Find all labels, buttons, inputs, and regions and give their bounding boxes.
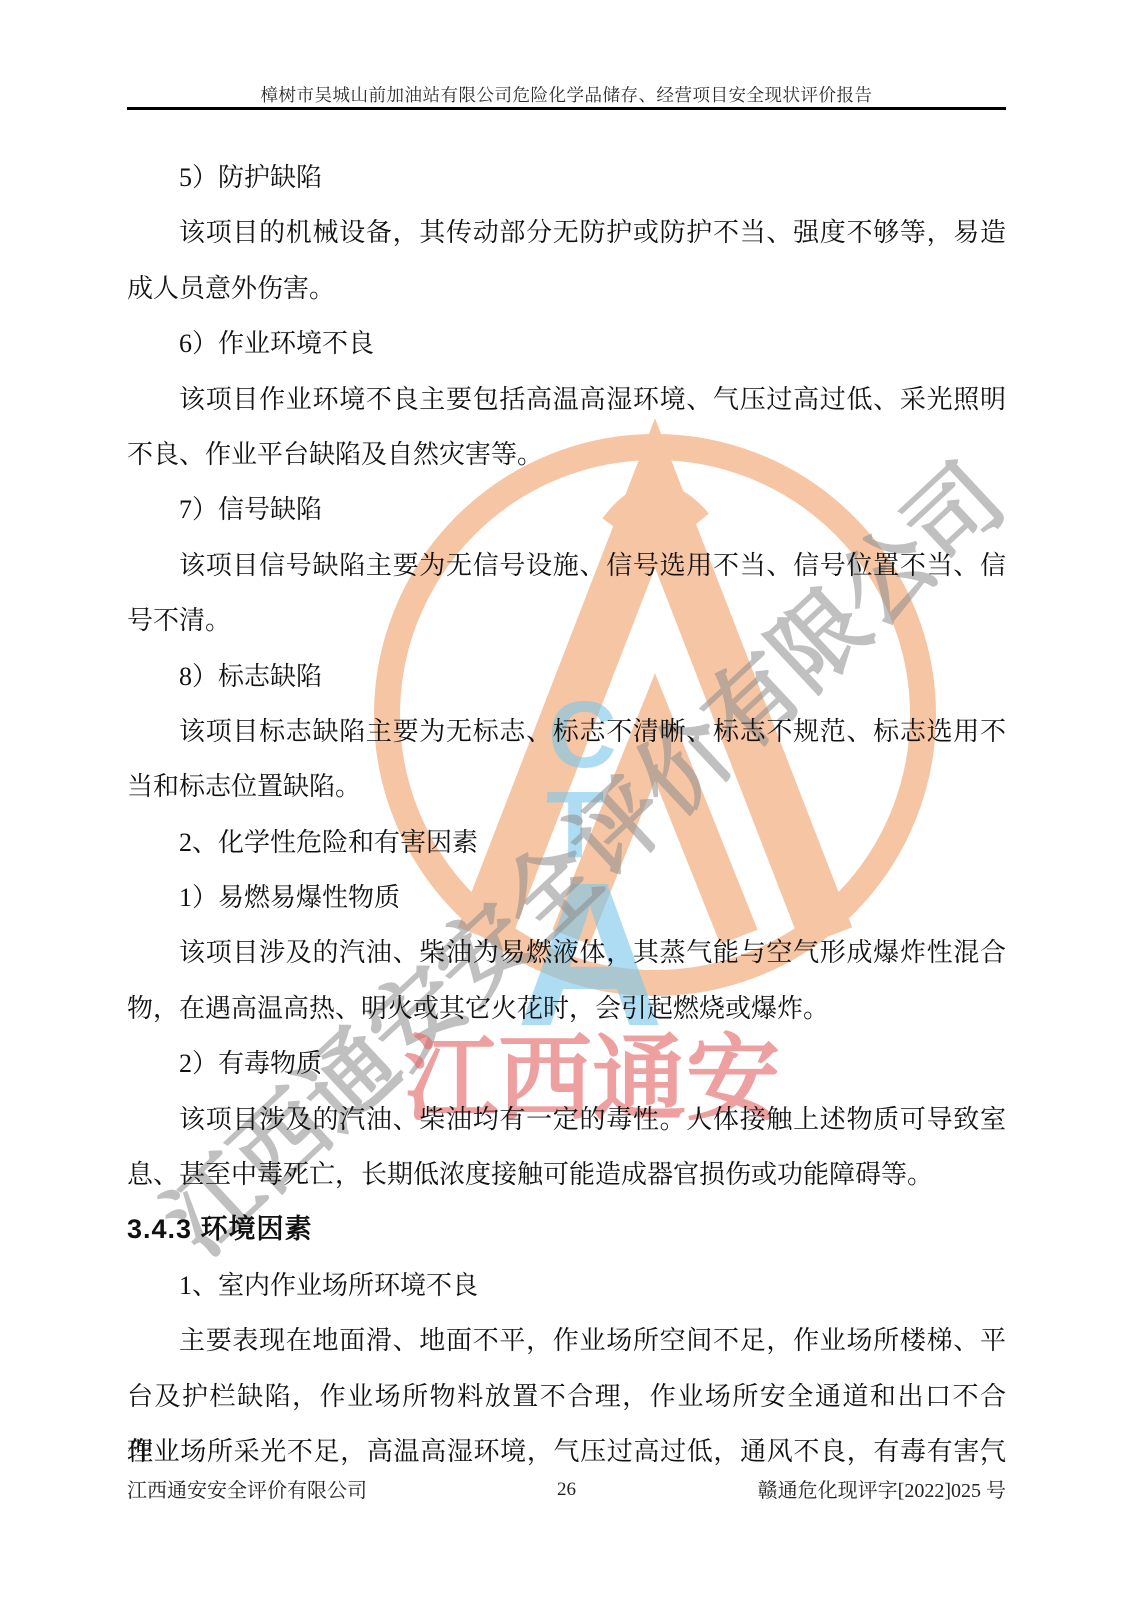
text-line: 该项目涉及的汽油、柴油为易燃液体，其蒸气能与空气形成爆炸性混合 bbox=[127, 925, 1006, 980]
text-line: 该项目信号缺陷主要为无信号设施、信号选用不当、信号位置不当、信 bbox=[127, 538, 1006, 593]
text-line: 7）信号缺陷 bbox=[127, 482, 1006, 537]
text-line: 该项目涉及的汽油、柴油均有一定的毒性。人体接触上述物质可导致室 bbox=[127, 1092, 1006, 1147]
text-line: 8）标志缺陷 bbox=[127, 649, 1006, 704]
text-line: 6）作业环境不良 bbox=[127, 316, 1006, 371]
text-line: 不良、作业平台缺陷及自然灾害等。 bbox=[127, 427, 1006, 482]
text-line: 物，在遇高温高热、明火或其它火花时，会引起燃烧或爆炸。 bbox=[127, 981, 1006, 1036]
text-line: 该项目作业环境不良主要包括高温高湿环境、气压过高过低、采光照明 bbox=[127, 372, 1006, 427]
text-line: 该项目的机械设备，其传动部分无防护或防护不当、强度不够等，易造 bbox=[127, 205, 1006, 260]
text-line: 1、室内作业场所环境不良 bbox=[127, 1258, 1006, 1313]
report-page: CTA 江西通安安全评价有限公司 江西通安 樟树市吴城山前加油站有限公司危险化学… bbox=[0, 0, 1131, 1600]
text-line: 成人员意外伤害。 bbox=[127, 261, 1006, 316]
header-rule bbox=[127, 107, 1006, 110]
footer-page-number: 26 bbox=[557, 1474, 576, 1501]
text-line: 号不清。 bbox=[127, 593, 1006, 648]
text-line: 主要表现在地面滑、地面不平，作业场所空间不足，作业场所楼梯、平 bbox=[127, 1313, 1006, 1368]
text-line: 2、化学性危险和有害因素 bbox=[127, 815, 1006, 870]
footer-company-name: 江西通安安全评价有限公司 bbox=[127, 1474, 557, 1503]
text-line: 5）防护缺陷 bbox=[127, 150, 1006, 205]
text-line: 当和标志位置缺陷。 bbox=[127, 759, 1006, 814]
section-heading: 3.4.3 环境因素 bbox=[127, 1202, 1006, 1257]
text-line: 该项目标志缺陷主要为无标志、标志不清晰、标志不规范、标志选用不 bbox=[127, 704, 1006, 759]
text-line: 息、甚至中毒死亡，长期低浓度接触可能造成器官损伤或功能障碍等。 bbox=[127, 1147, 1006, 1202]
document-body: 5）防护缺陷该项目的机械设备，其传动部分无防护或防护不当、强度不够等，易造成人员… bbox=[127, 150, 1006, 1479]
text-line: 作业场所采光不足，高温高湿环境，气压过高过低，通风不良，有毒有害气 bbox=[127, 1424, 1006, 1479]
text-line: 1）易燃易爆性物质 bbox=[127, 870, 1006, 925]
text-line: 台及护栏缺陷，作业场所物料放置不合理，作业场所安全通道和出口不合理， bbox=[127, 1369, 1006, 1424]
footer-report-number: 赣通危化现评字[2022]025 号 bbox=[576, 1474, 1006, 1503]
text-line: 2）有毒物质 bbox=[127, 1036, 1006, 1091]
page-header-title: 樟树市吴城山前加油站有限公司危险化学品储存、经营项目安全现状评价报告 bbox=[127, 82, 1006, 107]
page-footer: 江西通安安全评价有限公司 26 赣通危化现评字[2022]025 号 bbox=[127, 1474, 1006, 1503]
